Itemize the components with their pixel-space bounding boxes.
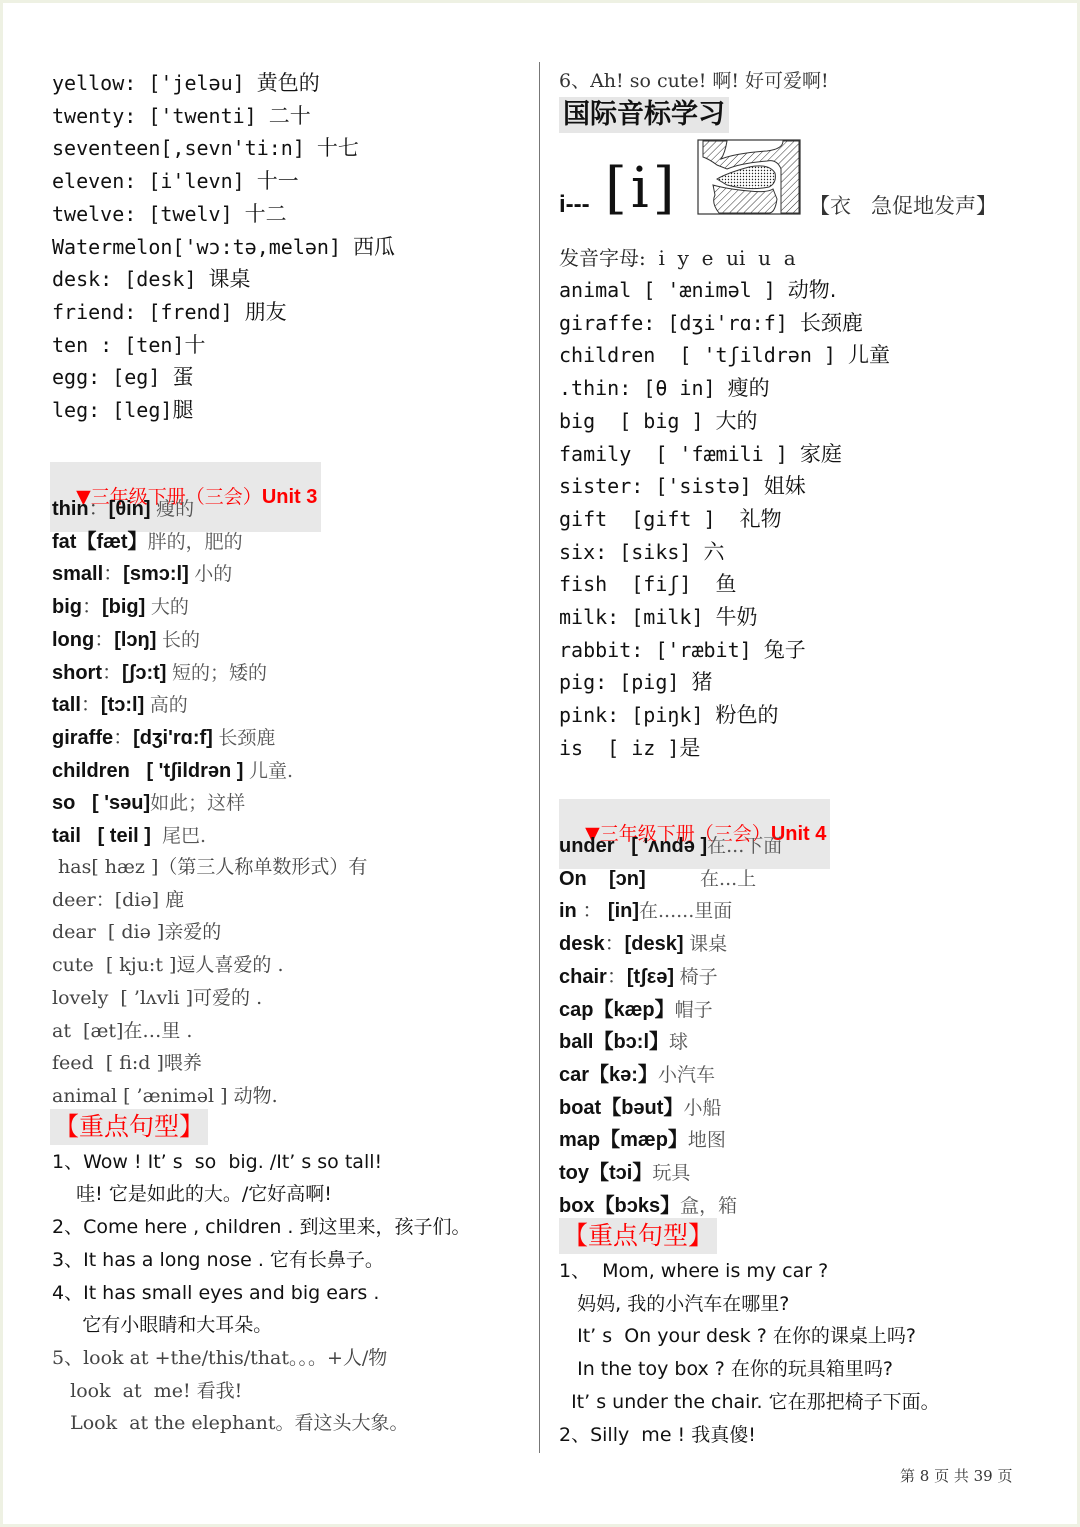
sentence-line: 2、Come here , children . 到这里来，孩子们。 xyxy=(52,1218,471,1237)
vocab-word: pig: xyxy=(559,670,619,694)
vocab-row: dear [ diə ]亲爱的 xyxy=(52,923,221,942)
sentence-line: 3、It has a long nose . 它有长鼻子。 xyxy=(52,1251,384,1270)
vocab-word: tail xyxy=(52,825,81,847)
vocab-word: small xyxy=(52,563,103,585)
vocab-meaning: 瘦的 xyxy=(728,376,770,400)
vocab-word: big xyxy=(52,596,82,618)
vocab-row: sister: ['sistə] 姐妹 xyxy=(559,476,806,497)
vocab-sep: ： xyxy=(113,727,133,749)
vocab-row: tail [ teil ] 尾巴. xyxy=(52,826,206,846)
vocab-row: lovely [ ’lʌvli ]可爱的 . xyxy=(52,989,262,1008)
vocab-word: cap xyxy=(559,999,593,1021)
vocab-ipa: [piŋk] xyxy=(631,703,715,727)
vocab-ipa: [ 'tʃildrən ] xyxy=(679,343,848,367)
vocab-word: children xyxy=(559,343,679,367)
vocab-meaning: 小汽车 xyxy=(658,1064,715,1086)
vocab-row: Watermelon['wɔ:tə,melən] 西瓜 xyxy=(52,237,395,258)
vocab-meaning: 西瓜 xyxy=(353,235,395,259)
vocab-sep: ： xyxy=(82,596,102,618)
vocab-row: yellow: ['jeləu] 黄色的 xyxy=(52,73,320,94)
sentence-line: 5、look at +the/this/that。。。+人/物 xyxy=(52,1349,387,1368)
vocab-ipa: [gift ] xyxy=(631,507,739,531)
vocab-meaning: 长颈鹿 xyxy=(218,727,275,749)
vocab-ipa: 【bɔks】 xyxy=(595,1195,681,1217)
vocab-ipa: ['jeləu] xyxy=(148,71,256,95)
vocab-meaning: 鱼 xyxy=(716,572,737,596)
vocab-word: yellow: xyxy=(52,71,148,95)
vocab-row: feed [ fi:d ]喂养 xyxy=(52,1054,202,1073)
vocab-ipa: [big] xyxy=(102,596,151,618)
vocab-row: rabbit: ['ræbit] 兔子 xyxy=(559,640,806,661)
vocab-row: big [ big ] 大的 xyxy=(559,411,758,432)
vocab-sep: ： xyxy=(577,900,608,922)
sentence-line: It’ s On your desk ? 在你的课桌上吗? xyxy=(559,1327,916,1346)
vocab-word: leg: xyxy=(52,398,112,422)
vocab-sep xyxy=(75,792,92,814)
vocab-meaning: 礼物 xyxy=(740,507,782,531)
ipa-section-title: 国际音标学习 xyxy=(559,97,729,133)
vocab-word: milk: xyxy=(559,605,631,629)
vocab-word: six: xyxy=(559,540,619,564)
vocab-ipa: [ 'tʃildrən ] xyxy=(146,760,249,782)
vocab-row: car【kə:】小汽车 xyxy=(559,1065,715,1085)
vocab-word: egg: xyxy=(52,365,112,389)
vocab-meaning: 黄色的 xyxy=(257,71,320,95)
vocab-row: has[ hæz ]（第三人称单数形式）有 xyxy=(52,858,367,877)
vocab-word: giraffe: xyxy=(559,311,667,335)
vocab-row: deer：[diə] 鹿 xyxy=(52,891,184,910)
vocab-word: fish xyxy=(559,572,631,596)
vocab-meaning: 瘦的 xyxy=(156,498,194,520)
vocab-meaning: 小的 xyxy=(194,563,232,585)
vocab-meaning: 姐妹 xyxy=(764,474,806,498)
vocab-row: seventeen[,sevn'ti:n] 十七 xyxy=(52,138,359,159)
vocab-row: desk: [desk] 课桌 xyxy=(52,269,251,290)
mouth-diagram-icon xyxy=(697,139,801,215)
vocab-ipa: [ iz ] xyxy=(607,736,679,760)
vocab-word: eleven: xyxy=(52,169,148,193)
vocab-word: rabbit: xyxy=(559,638,655,662)
vocab-row: ball【bɔ:l】球 xyxy=(559,1032,688,1052)
vocab-row: eleven: [i'levn] 十一 xyxy=(52,171,299,192)
vocab-meaning: 在...下面 xyxy=(707,835,782,857)
vocab-meaning: 家庭 xyxy=(800,442,842,466)
sentence-line: Look at the elephant。看这头大象。 xyxy=(52,1414,409,1433)
vocab-word: ten : xyxy=(52,333,124,357)
vocab-sep xyxy=(81,825,98,847)
vocab-word: desk xyxy=(559,933,605,955)
vocab-ipa: [fiʃ] xyxy=(631,572,715,596)
vocab-ipa: [ʃɔ:t] xyxy=(122,662,172,684)
column-divider xyxy=(539,62,540,1453)
vocab-row: animal [ 'ænimәl ] 动物. xyxy=(559,280,836,301)
vocab-word: box xyxy=(559,1195,595,1217)
ipa-prefix: i--- xyxy=(559,193,590,217)
ipa-symbol: [i] xyxy=(605,161,679,217)
vocab-row: pig: [pig] 猪 xyxy=(559,672,712,693)
vocab-meaning: 大的 xyxy=(151,596,189,618)
vocab-meaning: 蛋 xyxy=(172,365,193,389)
vocab-meaning: 十七 xyxy=(317,136,359,160)
vocab-meaning: 尾巴. xyxy=(162,825,206,847)
vocab-row: On [ɔn] 在...上 xyxy=(559,869,756,889)
vocab-sep: ： xyxy=(605,933,625,955)
vocab-word: twenty: xyxy=(52,104,148,128)
vocab-ipa: [desk] xyxy=(124,267,208,291)
vocab-row: pink: [piŋk] 粉色的 xyxy=(559,705,779,726)
vocab-row: toy【tɔi】玩具 xyxy=(559,1163,690,1183)
vocab-row: tall：[tɔ:l] 高的 xyxy=(52,695,188,715)
vocab-meaning: 十 xyxy=(184,333,205,357)
vocab-ipa: [ten] xyxy=(124,333,184,357)
vocab-meaning: 在......里面 xyxy=(639,900,732,922)
vocab-row: milk: [milk] 牛奶 xyxy=(559,607,758,628)
vocab-meaning: 短的；矮的 xyxy=(172,662,267,684)
vocab-word: tall xyxy=(52,694,81,716)
vocab-sep: ： xyxy=(102,662,122,684)
vocab-row: chair：[tʃεə] 椅子 xyxy=(559,967,718,987)
vocab-word: children xyxy=(52,760,130,782)
vocab-row: in ： [in]在......里面 xyxy=(559,901,732,921)
vocab-word: so xyxy=(52,792,75,814)
vocab-word: .thin: xyxy=(559,376,643,400)
sentence-line: 1、 Mom, where is my car ? xyxy=(559,1262,828,1281)
vocab-ipa: ['ræbit] xyxy=(655,638,763,662)
vocab-meaning: 腿 xyxy=(172,398,193,422)
sentence-line: 哇! 它是如此的大。/它好高啊! xyxy=(52,1185,332,1204)
vocab-row: children [ 'tʃildrən ] 儿童. xyxy=(52,761,293,781)
vocab-ipa: [dʒi'rɑ:f] xyxy=(133,727,218,749)
unit3-heading: ▼三年级下册（三会）Unit 3 xyxy=(50,462,321,532)
vocab-ipa: [milk] xyxy=(631,605,715,629)
vocab-ipa: [ 'fæmili ] xyxy=(655,442,800,466)
vocab-ipa: [ teil ] xyxy=(98,825,162,847)
document-page: yellow: ['jeləu] 黄色的twenty: ['twenti] 二十… xyxy=(3,3,1077,1524)
vocab-ipa: 【mæp】 xyxy=(600,1129,688,1151)
vocab-word: short xyxy=(52,662,102,684)
unit4-heading: ▼三年级下册（三会）Unit 4 xyxy=(559,799,830,869)
vocab-word: seventeen xyxy=(52,136,160,160)
vocab-meaning: 牛奶 xyxy=(716,605,758,629)
vocab-ipa: [leg] xyxy=(112,398,172,422)
vocab-row: family [ 'fæmili ] 家庭 xyxy=(559,444,842,465)
vocab-ipa: [siks] xyxy=(619,540,703,564)
vocab-meaning: 课桌 xyxy=(209,267,251,291)
vocab-meaning: 盒，箱 xyxy=(680,1195,737,1217)
vocab-ipa: 【bɔ:l】 xyxy=(593,1031,669,1053)
vocab-word: family xyxy=(559,442,655,466)
vocab-word: twelve: xyxy=(52,202,148,226)
vocab-meaning: 课桌 xyxy=(689,933,727,955)
vocab-meaning: 高的 xyxy=(150,694,188,716)
vocab-sep: ： xyxy=(81,694,101,716)
vocab-ipa: [ 'ænimәl ] xyxy=(643,278,788,302)
sentence-line: look at me! 看我! xyxy=(52,1382,242,1401)
vocab-row: gift [gift ] 礼物 xyxy=(559,509,782,530)
vocab-ipa: [tɔ:l] xyxy=(101,694,150,716)
vocab-ipa: [θ in] xyxy=(643,376,727,400)
vocab-word: ball xyxy=(559,1031,593,1053)
vocab-row: long：[lɔŋ] 长的 xyxy=(52,630,200,650)
key-sentences-heading-right: 【重点句型】 xyxy=(559,1218,717,1254)
vocab-meaning: 兔子 xyxy=(764,638,806,662)
vocab-word: under xyxy=(559,835,615,857)
vocab-row: giraffe：[dʒi'rɑ:f] 长颈鹿 xyxy=(52,728,275,748)
vocab-meaning: 胖的，肥的 xyxy=(148,531,243,553)
vocab-meaning: 粉色的 xyxy=(716,703,779,727)
vocab-row: under [ 'ʌndə ]在...下面 xyxy=(559,836,782,856)
vocab-word: gift xyxy=(559,507,631,531)
vocab-row: boat【bəut】小船 xyxy=(559,1098,721,1118)
mouth-diagram-image xyxy=(697,139,801,215)
vocab-row: giraffe: [dʒi'rɑ:f] 长颈鹿 xyxy=(559,313,863,334)
vocab-ipa: ['sistə] xyxy=(655,474,763,498)
vocab-word: giraffe xyxy=(52,727,113,749)
vocab-ipa: [ big ] xyxy=(619,409,715,433)
vocab-ipa: 【fæt】 xyxy=(76,531,147,553)
vocab-word: car xyxy=(559,1064,589,1086)
vocab-row: at [æt]在…里 . xyxy=(52,1022,192,1041)
vocab-meaning: 帽子 xyxy=(675,999,713,1021)
vocab-word: big xyxy=(559,409,619,433)
vocab-ipa: 【kæp】 xyxy=(593,999,674,1021)
vocab-word: boat xyxy=(559,1097,601,1119)
vocab-row: box【bɔks】盒，箱 xyxy=(559,1196,737,1216)
vocab-row: leg: [leg]腿 xyxy=(52,400,193,421)
vocab-sep: ： xyxy=(103,563,123,585)
sentence-line: 2、Silly me ! 我真傻! xyxy=(559,1426,756,1445)
vocab-ipa: ['twenti] xyxy=(148,104,268,128)
vocab-row: children [ 'tʃildrən ] 儿童 xyxy=(559,345,890,366)
vocab-ipa: [pig] xyxy=(619,670,691,694)
vocab-meaning: 椅子 xyxy=(680,966,718,988)
vocab-row: fat【fæt】胖的，肥的 xyxy=(52,532,243,552)
vocab-word: animal xyxy=(559,278,643,302)
vocab-meaning: 玩具 xyxy=(652,1162,690,1184)
vocab-ipa: [ 'səu] xyxy=(92,792,150,814)
vocab-meaning: 儿童. xyxy=(249,760,293,782)
key-sentences-heading-left: 【重点句型】 xyxy=(50,1109,208,1145)
vocab-ipa: [desk] xyxy=(625,933,689,955)
vocab-meaning: 长颈鹿 xyxy=(800,311,863,335)
vocab-word: On xyxy=(559,868,587,890)
vocab-meaning: 朋友 xyxy=(245,300,287,324)
vocab-meaning: 是 xyxy=(679,736,700,760)
vocab-word: is xyxy=(559,736,607,760)
vocab-row: fish [fiʃ] 鱼 xyxy=(559,574,737,595)
vocab-row: twelve: [twelv] 十二 xyxy=(52,204,287,225)
vocab-meaning: 如此；这样 xyxy=(150,792,245,814)
vocab-ipa: [twelv] xyxy=(148,202,244,226)
vocab-ipa: [eg] xyxy=(112,365,172,389)
vocab-word: Watermelon xyxy=(52,235,172,259)
vocab-meaning: 大的 xyxy=(716,409,758,433)
sentence-line: It’ s under the chair. 它在那把椅子下面。 xyxy=(559,1393,940,1412)
vocab-ipa: [θin] xyxy=(109,498,156,520)
vocab-ipa: 【tɔi】 xyxy=(589,1162,652,1184)
vocab-row: friend: [frend] 朋友 xyxy=(52,302,287,323)
vocab-row: is [ iz ]是 xyxy=(559,738,700,759)
sentence-line: In the toy box ? 在你的玩具箱里吗? xyxy=(559,1360,893,1379)
vocab-word: friend: xyxy=(52,300,148,324)
vocab-meaning: 小船 xyxy=(683,1097,721,1119)
sentence-line: 它有小眼睛和大耳朵。 xyxy=(52,1316,272,1335)
vocab-word: toy xyxy=(559,1162,589,1184)
vocab-meaning: 动物. xyxy=(788,278,837,302)
vocab-meaning: 在...上 xyxy=(646,868,756,890)
vocab-meaning: 二十 xyxy=(269,104,311,128)
vocab-sep xyxy=(130,760,147,782)
vocab-word: long xyxy=(52,629,94,651)
vocab-row: small：[smɔ:l] 小的 xyxy=(52,564,232,584)
vocab-word: chair xyxy=(559,966,607,988)
vocab-word: fat xyxy=(52,531,76,553)
vocab-word: thin xyxy=(52,498,89,520)
vocab-word: desk: xyxy=(52,267,124,291)
page-number: 第 8 页 共 39 页 xyxy=(900,1465,1012,1486)
vocab-row: so [ 'səu]如此；这样 xyxy=(52,793,245,813)
vocab-meaning: 地图 xyxy=(688,1129,726,1151)
vocab-row: egg: [eg] 蛋 xyxy=(52,367,193,388)
vocab-row: animal [ ’ænimәl ] 动物. xyxy=(52,1087,278,1106)
vocab-meaning: 六 xyxy=(704,540,725,564)
vocab-meaning: 球 xyxy=(669,1031,688,1053)
vocab-ipa: 【bəut】 xyxy=(601,1097,683,1119)
vocab-word: pink: xyxy=(559,703,631,727)
vocab-row: thin：[θin] 瘦的 xyxy=(52,499,194,519)
sentence-line: 1、Wow ! It’ s so big. /It’ s so tall! xyxy=(52,1153,382,1172)
vocab-ipa: [,sevn'ti:n] xyxy=(160,136,317,160)
vocab-ipa: [smɔ:l] xyxy=(123,563,194,585)
vocab-ipa: [tʃεə] xyxy=(627,966,680,988)
vocab-row: desk：[desk] 课桌 xyxy=(559,934,727,954)
vocab-word: in xyxy=(559,900,577,922)
vocab-row: twenty: ['twenti] 二十 xyxy=(52,106,311,127)
vocab-meaning: 儿童 xyxy=(848,343,890,367)
vocab-row: cap【kæp】帽子 xyxy=(559,1000,713,1020)
vocab-word: sister: xyxy=(559,474,655,498)
vocab-sep: ： xyxy=(89,498,109,520)
vocab-ipa: [lɔŋ] xyxy=(114,629,162,651)
sentence-line: 4、It has small eyes and big ears . xyxy=(52,1284,379,1303)
vocab-row: cute [ kju:t ]逗人喜爱的 . xyxy=(52,956,284,975)
vocab-row: .thin: [θ in] 瘦的 xyxy=(559,378,770,399)
vocab-meaning: 长的 xyxy=(162,629,200,651)
vocab-row: six: [siks] 六 xyxy=(559,542,725,563)
vocab-row: short：[ʃɔ:t] 短的；矮的 xyxy=(52,663,267,683)
vocab-ipa: [dʒi'rɑ:f] xyxy=(667,311,799,335)
vocab-ipa: [i'levn] xyxy=(148,169,256,193)
vocab-sep xyxy=(587,868,609,890)
letters-line: 发音字母: i y e ui u a xyxy=(559,248,796,268)
sentence-6: 6、Ah! so cute! 啊! 好可爱啊! xyxy=(559,72,829,91)
ipa-tip: 【衣 急促地发声】 xyxy=(809,196,997,217)
vocab-ipa: [ɔn] xyxy=(609,868,646,890)
vocab-meaning: 十一 xyxy=(257,169,299,193)
vocab-sep: ： xyxy=(607,966,627,988)
vocab-meaning: 猪 xyxy=(691,670,712,694)
vocab-ipa: [ 'ʌndə ] xyxy=(631,835,707,857)
vocab-sep xyxy=(615,835,632,857)
sentence-line: 妈妈, 我的小汽车在哪里? xyxy=(559,1295,789,1314)
vocab-meaning: 十二 xyxy=(245,202,287,226)
vocab-row: map【mæp】地图 xyxy=(559,1130,726,1150)
vocab-ipa: [frend] xyxy=(148,300,244,324)
vocab-word: map xyxy=(559,1129,600,1151)
vocab-ipa: [in] xyxy=(608,900,639,922)
vocab-ipa: 【kə:】 xyxy=(589,1064,658,1086)
vocab-row: big：[big] 大的 xyxy=(52,597,189,617)
vocab-ipa: ['wɔ:tə,melən] xyxy=(172,235,353,259)
vocab-row: ten : [ten]十 xyxy=(52,335,205,356)
vocab-sep: ： xyxy=(94,629,114,651)
